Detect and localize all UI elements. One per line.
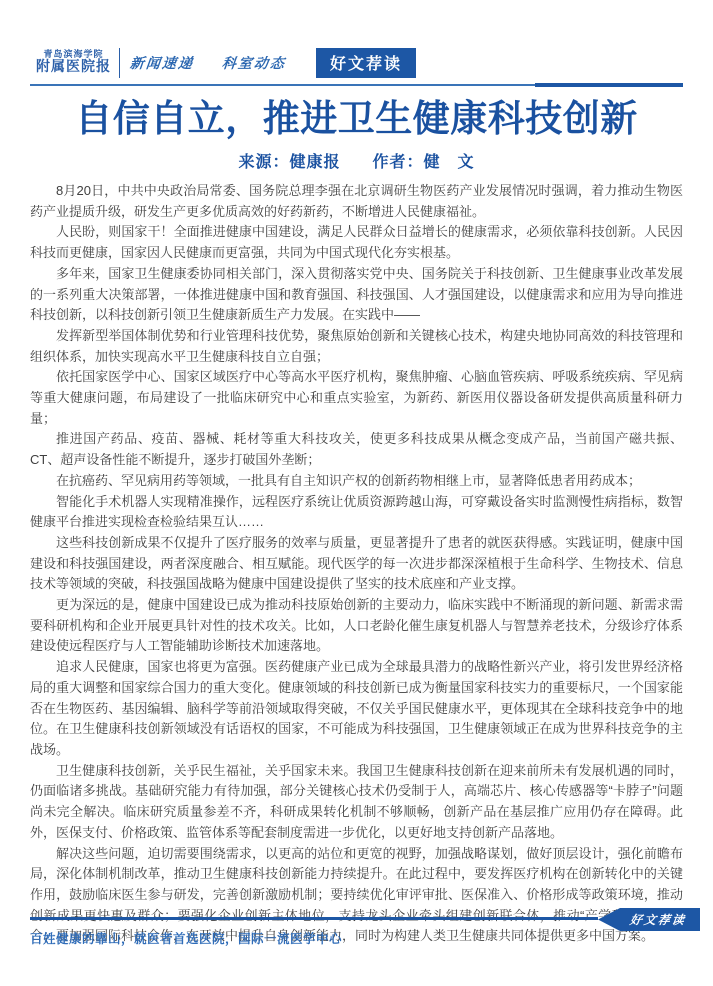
logo-divider <box>119 48 120 78</box>
article-paragraph: 卫生健康科技创新，关乎民生福祉，关乎国家未来。我国卫生健康科技创新在迎来前所未有… <box>30 761 683 844</box>
author-label: 作者：健 文 <box>373 149 475 172</box>
article-paragraph: 在抗癌药、罕见病用药等领域，一批具有自主知识产权的创新药物相继上市，显著降低患者… <box>30 471 683 492</box>
featured-read-badge: 好文荐读 <box>316 48 416 78</box>
article-paragraph: 更为深远的是，健康中国建设已成为推动科技原始创新的主要动力，临床实践中不断涌现的… <box>30 595 683 657</box>
page-root: 青岛滨海学院 附属医院报 新闻速递 科室动态 好文荐读 自信自立，推进卫生健康科… <box>0 0 713 986</box>
article-paragraph: 追求人民健康，国家也将更为富强。医药健康产业已成为全球最具潜力的战略性新兴产业，… <box>30 657 683 761</box>
article-paragraph: 多年来，国家卫生健康委协同相关部门，深入贯彻落实党中央、国务院关于科技创新、卫生… <box>30 264 683 326</box>
column-label-news: 新闻速递 <box>129 53 195 73</box>
article-paragraph: 人民盼，则国家干！全面推进健康中国建设，满足人民群众日益增长的健康需求，必须依靠… <box>30 222 683 263</box>
header-rule-thick <box>535 83 683 87</box>
article-paragraph: 依托国家医学中心、国家区域医疗中心等高水平医疗机构，聚焦肿瘤、心脑血管疾病、呼吸… <box>30 367 683 429</box>
byline: 来源：健康报 作者：健 文 <box>0 149 713 172</box>
footer-slogan: 百姓健康的靠山，就医者首选医院，国际一流医学中心 <box>30 929 342 947</box>
article-paragraph: 这些科技创新成果不仅提升了医疗服务的效率与质量，更显著提升了患者的就医获得感。实… <box>30 533 683 595</box>
ribbon-label: 好文荐读 <box>629 911 687 928</box>
logo-line-bottom: 附属医院报 <box>36 60 111 75</box>
article-paragraph: 推进国产药品、疫苗、器械、耗材等重大科技攻关，使更多科技成果从概念变成产品，当前… <box>30 429 683 470</box>
column-label-departments: 科室动态 <box>221 53 287 73</box>
logo-line-top: 青岛滨海学院 <box>43 50 103 60</box>
footer-rule <box>30 917 598 920</box>
masthead-columns: 新闻速递 科室动态 <box>129 53 287 73</box>
source-label: 来源：健康报 <box>238 149 340 172</box>
article-paragraph: 8月20日，中共中央政治局常委、国务院总理李强在北京调研生物医药产业发展情况时强… <box>30 181 683 222</box>
article-paragraph: 智能化手术机器人实现精准操作，远程医疗系统让优质资源跨越山海，可穿戴设备实时监测… <box>30 492 683 533</box>
header-rule-thin <box>30 84 535 86</box>
masthead: 青岛滨海学院 附属医院报 新闻速递 科室动态 好文荐读 <box>30 46 683 80</box>
page-title: 自信自立，推进卫生健康科技创新 <box>0 98 713 141</box>
article-paragraph: 发挥新型举国体制优势和行业管理科技优势，聚焦原始创新和关键核心技术，构建央地协同… <box>30 326 683 367</box>
newspaper-logo: 青岛滨海学院 附属医院报 <box>30 50 111 75</box>
article-body: 8月20日，中共中央政治局常委、国务院总理李强在北京调研生物医药产业发展情况时强… <box>30 181 683 947</box>
